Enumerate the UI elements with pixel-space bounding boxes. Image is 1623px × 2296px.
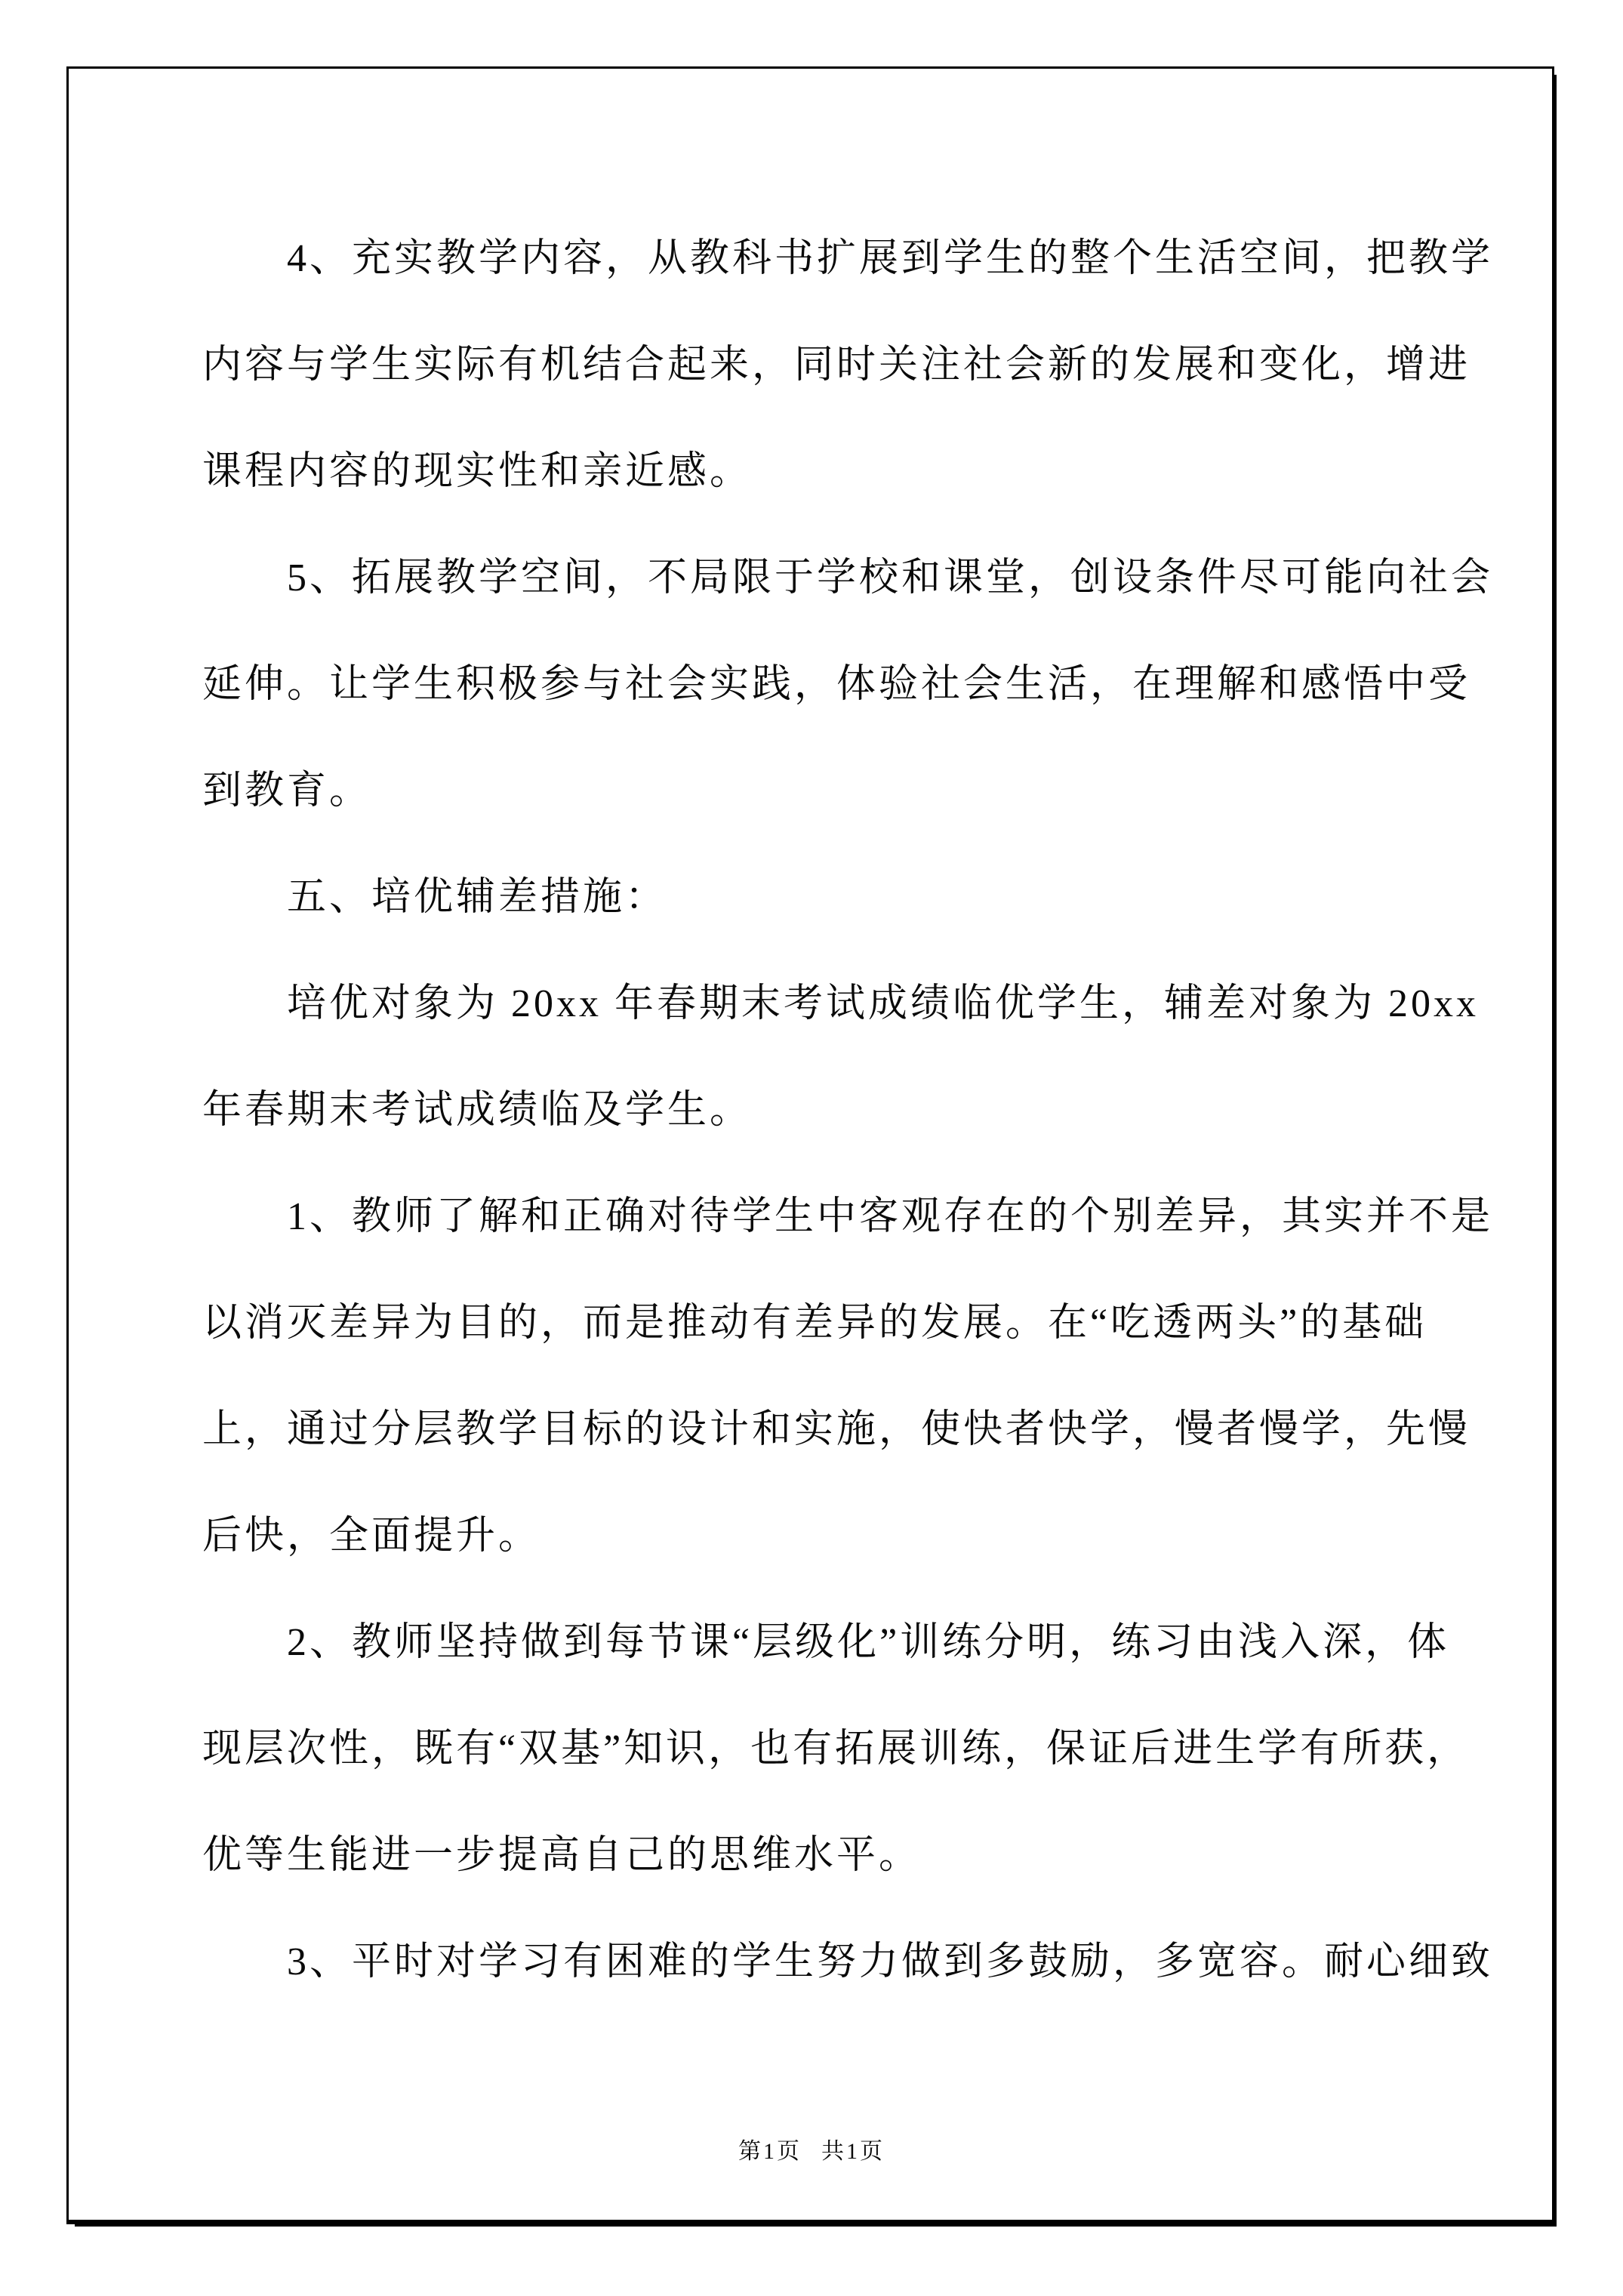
text-line-9: 年春期末考试成绩临及学生。 xyxy=(202,1057,1440,1163)
page-footer: 第1页共1页 xyxy=(0,2132,1623,2165)
text-line-14: 2、教师坚持做到每节课“层级化”训练分明，练习由浅入深，体 xyxy=(202,1589,1440,1696)
text-line-2: 内容与学生实际有机结合起来，同时关注社会新的发展和变化，增进 xyxy=(202,312,1440,418)
text-line-3: 课程内容的现实性和亲近感。 xyxy=(202,418,1440,525)
text-line-17: 3、平时对学习有困难的学生努力做到多鼓励，多宽容。耐心细致 xyxy=(202,1909,1440,2015)
document-page: { "page": { "background_color": "#ffffff… xyxy=(0,0,1623,2296)
text-line-11: 以消灭差异为目的，而是推动有差异的发展。在“吃透两头”的基础 xyxy=(202,1270,1440,1376)
text-line-7: 五、培优辅差措施： xyxy=(202,844,1440,951)
document-body: 4、充实教学内容，从教科书扩展到学生的整个生活空间，把教学内容与学生实际有机结合… xyxy=(202,205,1440,2015)
footer-page-total: 共1页 xyxy=(821,2139,885,2164)
text-line-16: 优等生能进一步提高自己的思维水平。 xyxy=(202,1802,1440,1909)
footer-page-number: 第1页 xyxy=(738,2139,802,2164)
text-line-10: 1、教师了解和正确对待学生中客观存在的个别差异，其实并不是 xyxy=(202,1163,1440,1270)
text-line-12: 上，通过分层教学目标的设计和实施，使快者快学，慢者慢学，先慢 xyxy=(202,1376,1440,1483)
text-line-13: 后快，全面提升。 xyxy=(202,1483,1440,1589)
text-line-5: 延伸。让学生积极参与社会实践，体验社会生活，在理解和感悟中受 xyxy=(202,631,1440,738)
text-line-6: 到教育。 xyxy=(202,738,1440,844)
text-line-15: 现层次性，既有“双基”知识，也有拓展训练，保证后进生学有所获， xyxy=(202,1696,1440,1802)
text-line-1: 4、充实教学内容，从教科书扩展到学生的整个生活空间，把教学 xyxy=(202,205,1440,312)
text-line-8: 培优对象为 20xx 年春期末考试成绩临优学生，辅差对象为 20xx xyxy=(202,951,1440,1057)
text-line-4: 5、拓展教学空间，不局限于学校和课堂，创设条件尽可能向社会 xyxy=(202,525,1440,631)
